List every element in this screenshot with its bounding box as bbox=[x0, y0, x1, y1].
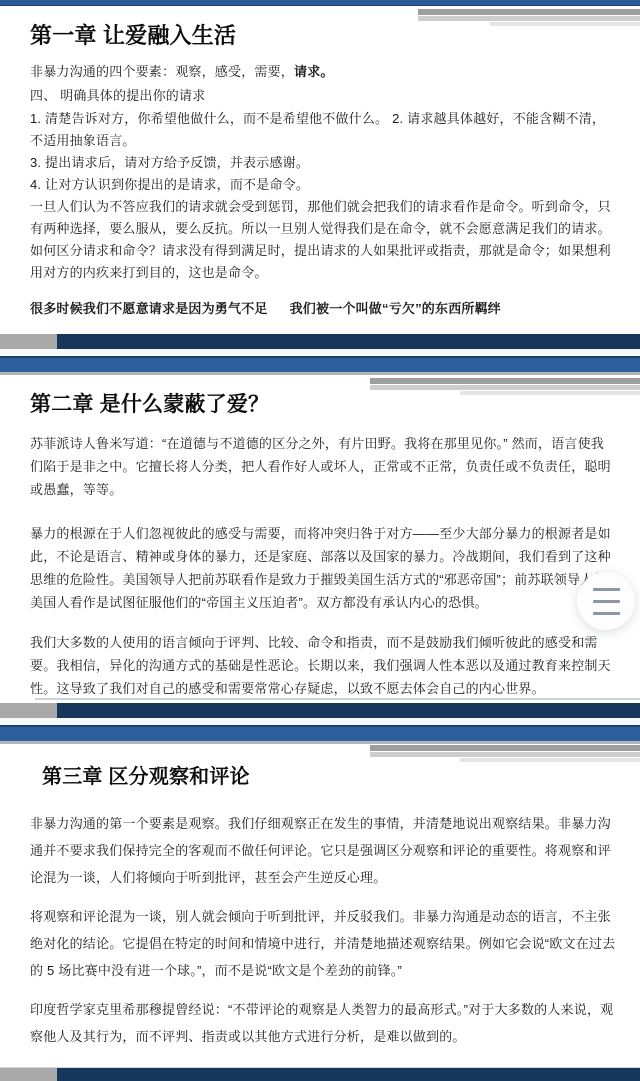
slide-2: 第二章 是什么蒙蔽了爱？ 苏菲派诗人鲁米写道：“在道德与不道德的区分之外，有片田… bbox=[30, 392, 616, 700]
separator-gray-cap bbox=[0, 1068, 57, 1081]
slide2-para-violence: 暴力的根源在于人们忽视彼此的感受与需要，而将冲突归咎于对方——至少大部分暴力的根… bbox=[30, 522, 616, 614]
slide3-para-dynamic: 将观察和评论混为一谈，别人就会倾向于听到批评，并反驳我们。非暴力沟通是动态的语言… bbox=[30, 903, 616, 984]
separator-navy-bar bbox=[0, 1068, 640, 1081]
slide-separator-2 bbox=[0, 703, 640, 744]
slide1-intro-bold: 请求。 bbox=[294, 64, 334, 79]
slide-separator-1 bbox=[0, 334, 640, 375]
slide1-section-line: 四、 明确具体的提出你的请求 bbox=[30, 84, 616, 107]
slide-3: 第三章 区分观察和评论 非暴力沟通的第一个要素是观察。我们仔细观察正在发生的事情… bbox=[30, 764, 616, 1062]
slide-separator-3-partial bbox=[0, 1067, 640, 1081]
separator-gray-cap bbox=[0, 334, 57, 349]
slide1-item-4: 4. 让对方认识到你提出的是请求，而不是命令。 bbox=[30, 174, 616, 196]
slide2-para-language: 我们大多数的人使用的语言倾向于评判、比较、命令和指责，而不是鼓励我们倾听彼此的感… bbox=[30, 631, 616, 700]
slide1-para-command: 一旦人们认为不答应我们的请求就会受到惩罚，那他们就会把我们的请求看作是命令。听到… bbox=[30, 196, 616, 240]
slide3-header-stripes bbox=[370, 745, 640, 762]
slide1-title: 第一章 让爱融入生活 bbox=[30, 22, 616, 50]
slide3-title: 第三章 区分观察和评论 bbox=[30, 764, 616, 790]
slide1-top-blue-bar bbox=[0, 0, 640, 6]
slide-1: 第一章 让爱融入生活 非暴力沟通的四个要素：观察，感受，需要，请求。 四、 明确… bbox=[30, 22, 616, 320]
hamburger-menu-icon bbox=[593, 588, 620, 591]
separator-blue-bar bbox=[0, 356, 640, 372]
slide3-para-observe: 非暴力沟通的第一个要素是观察。我们仔细观察正在发生的事情，并清楚地说出观察结果。… bbox=[30, 810, 616, 891]
separator-navy-bar bbox=[0, 703, 640, 718]
document-viewer: 第一章 让爱融入生活 非暴力沟通的四个要素：观察，感受，需要，请求。 四、 明确… bbox=[0, 0, 640, 1081]
slide3-para-krishnamurti: 印度哲学家克里希那穆提曾经说：“不带评论的观察是人类智力的最高形式。”对于大多数… bbox=[30, 996, 616, 1050]
slide2-bottom-edge-line bbox=[35, 698, 640, 700]
slide1-bold-takeaway: 很多时候我们不愿意请求是因为勇气不足 我们被一个叫做“亏欠”的东西所羁绊 bbox=[30, 298, 616, 320]
separator-gray-cap bbox=[0, 703, 57, 718]
slide1-item-3: 3. 提出请求后，请对方给予反馈，并表示感谢。 bbox=[30, 152, 616, 174]
slide1-para-distinguish: 如何区分请求和命令？请求没有得到满足时，提出请求的人如果批评或指责，那就是命令；… bbox=[30, 240, 616, 284]
floating-menu-button[interactable] bbox=[577, 572, 635, 630]
slide2-title: 第二章 是什么蒙蔽了爱？ bbox=[30, 392, 616, 418]
slide2-para-rumi: 苏菲派诗人鲁米写道：“在道德与不道德的区分之外，有片田野。我将在那里见你。” 然… bbox=[30, 432, 616, 501]
slide1-intro: 非暴力沟通的四个要素：观察，感受，需要，请求。 bbox=[30, 60, 616, 83]
slide1-bold-left: 很多时候我们不愿意请求是因为勇气不足 bbox=[30, 298, 268, 320]
slide1-item-1-2: 1. 清楚告诉对方，你希望他做什么，而不是希望他不做什么。 2. 请求越具体越好… bbox=[30, 108, 616, 152]
slide1-bold-right: 我们被一个叫做“亏欠”的东西所羁绊 bbox=[290, 298, 501, 320]
separator-blue-bar bbox=[0, 725, 640, 741]
separator-navy-bar bbox=[0, 334, 640, 349]
